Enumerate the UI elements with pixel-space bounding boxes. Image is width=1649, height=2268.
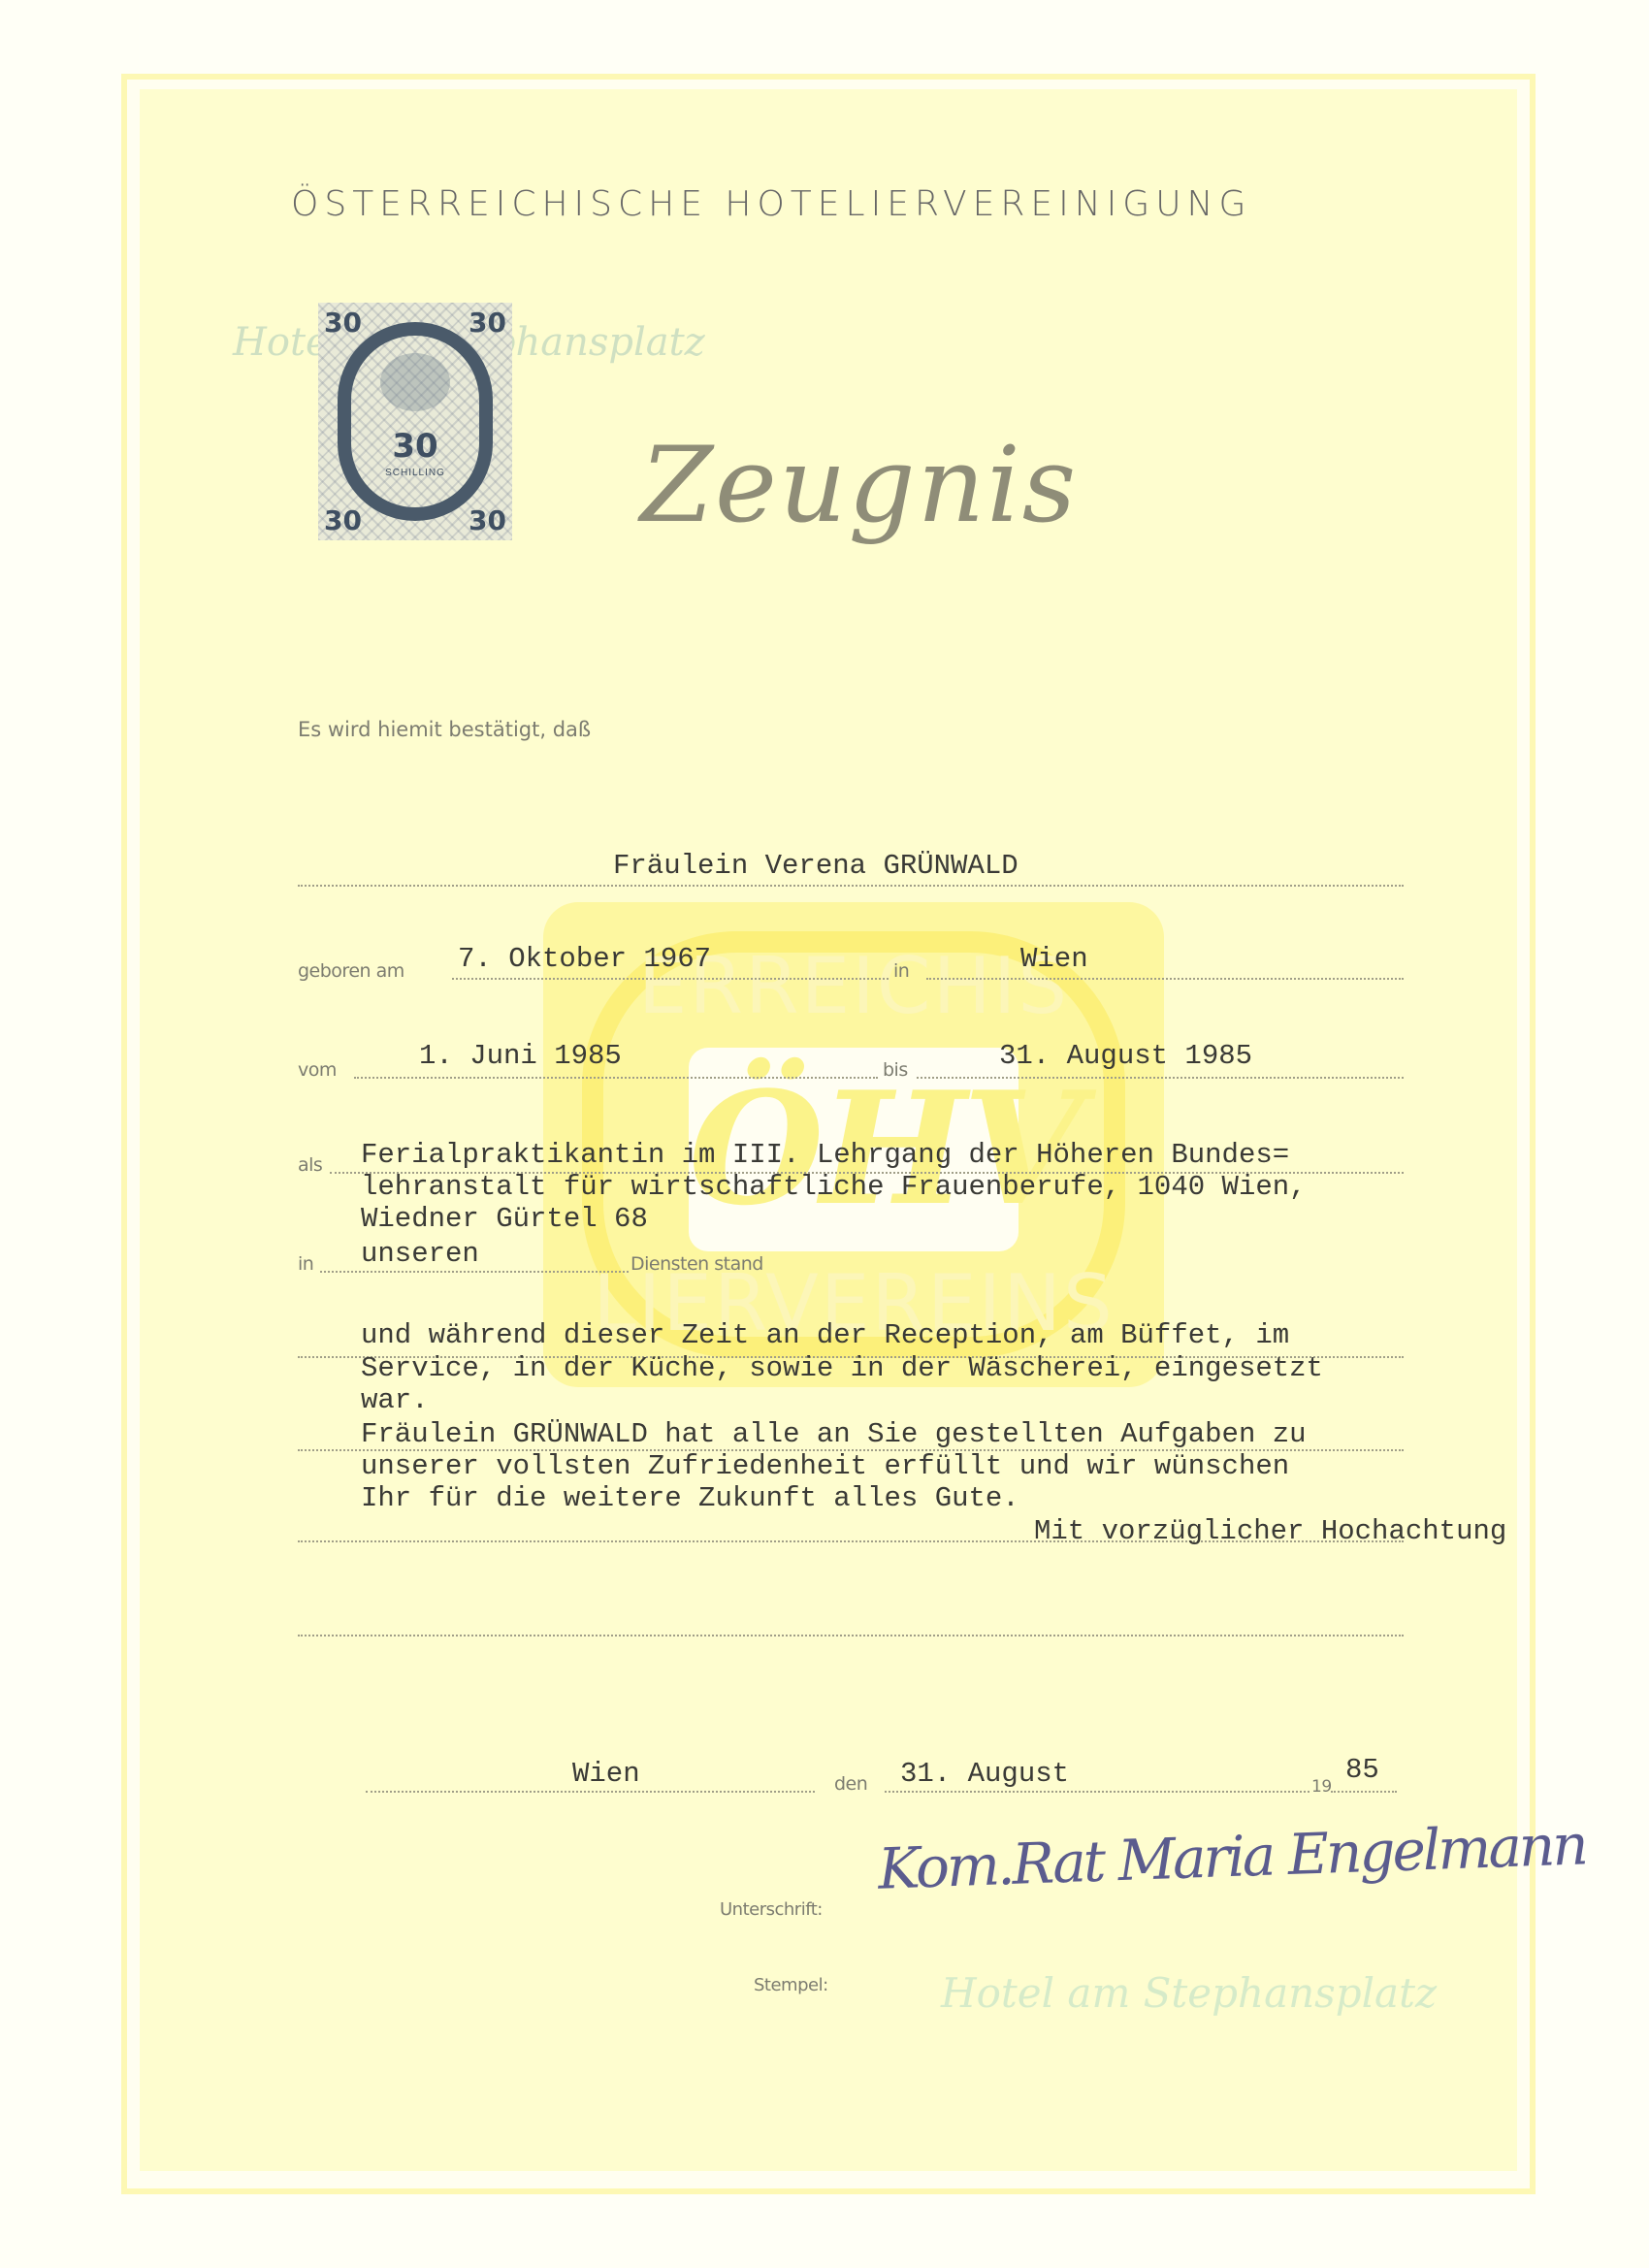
service-value: unseren	[361, 1238, 479, 1270]
stamp-unit: SCHILLING	[318, 468, 512, 478]
closing-text: Mit vorzüglicher Hochachtung	[1034, 1515, 1506, 1547]
as-label: als	[298, 1154, 322, 1176]
born-date-line	[452, 978, 889, 980]
name-line	[298, 885, 1404, 887]
revenue-stamp: 30 30 30 30 30 SCHILLING	[318, 303, 512, 540]
signature-label: Unterschrift:	[720, 1899, 823, 1920]
organization-heading: ÖSTERREICHISCHE HOTELIERVEREINIGUNG	[291, 184, 1416, 224]
to-date: 31. August 1985	[999, 1040, 1252, 1072]
issue-date: 31. August	[900, 1758, 1069, 1790]
service-label: Diensten stand	[630, 1253, 763, 1275]
stamp-oval-ring	[338, 322, 493, 521]
date-line	[885, 1791, 1309, 1793]
service-line	[320, 1271, 629, 1273]
stamp-corner-value: 30	[324, 307, 362, 339]
position-line-2: lehranstalt für wirtschaftliche Frauenbe…	[361, 1171, 1307, 1203]
body-text-line: Fräulein GRÜNWALD hat alle an Sie gestel…	[361, 1418, 1307, 1450]
in-label: in	[298, 1253, 313, 1275]
stamp-corner-value: 30	[324, 504, 362, 536]
year-suffix: 85	[1345, 1754, 1379, 1786]
born-place: Wien	[1020, 943, 1088, 975]
hotel-stamp-imprint: Hotel am Stephansplatz	[941, 1969, 1437, 2017]
body-line-4	[298, 1635, 1404, 1636]
intro-text: Es wird hiemit bestätigt, daß	[298, 718, 591, 741]
born-place-line	[926, 978, 1404, 980]
position-line-3: Wiedner Gürtel 68	[361, 1203, 648, 1235]
body-text-line: Service, in der Küche, sowie in der Wäsc…	[361, 1352, 1323, 1384]
from-label: vom	[298, 1059, 337, 1081]
from-date-line	[354, 1077, 878, 1079]
issue-place: Wien	[572, 1758, 640, 1790]
stamp-corner-value: 30	[469, 504, 506, 536]
stamp-corner-value: 30	[469, 307, 506, 339]
born-date: 7. Oktober 1967	[458, 943, 711, 975]
body-text-line: und während dieser Zeit an der Reception…	[361, 1319, 1289, 1351]
to-date-line	[917, 1077, 1404, 1079]
body-text-line: Ihr für die weitere Zukunft alles Gute.	[361, 1482, 1019, 1514]
body-text-line: war.	[361, 1384, 429, 1416]
body-text-line: unserer vollsten Zufriedenheit erfüllt u…	[361, 1450, 1289, 1482]
born-in-label: in	[893, 960, 909, 982]
year-line	[1331, 1791, 1397, 1793]
year-prefix: 19	[1311, 1777, 1332, 1797]
to-label: bis	[883, 1059, 908, 1081]
stamp-center-value: 30	[318, 427, 512, 466]
document-title: Zeugnis	[640, 425, 1078, 546]
place-line	[366, 1791, 815, 1793]
recipient-name: Fräulein Verena GRÜNWALD	[613, 850, 1018, 882]
stamp-label: Stempel:	[754, 1975, 828, 1995]
from-date: 1. Juni 1985	[419, 1040, 622, 1072]
date-label: den	[834, 1773, 867, 1795]
born-label: geboren am	[298, 960, 404, 982]
position-line-1: Ferialpraktikantin im III. Lehrgang der …	[361, 1139, 1289, 1171]
